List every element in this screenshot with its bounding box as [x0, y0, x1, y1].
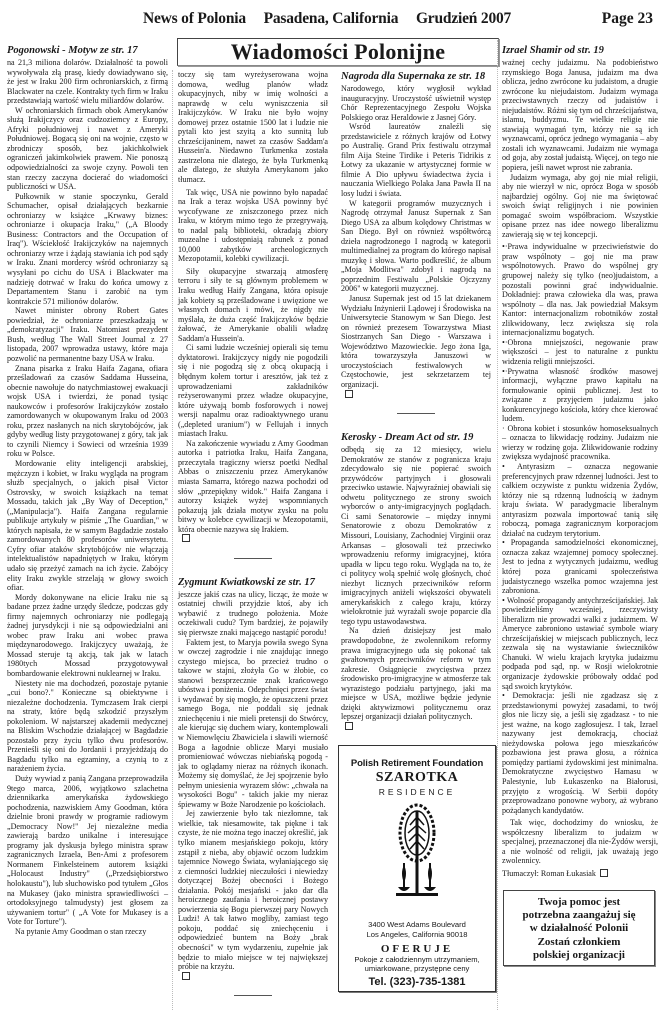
- bullet-item: •·Prawa indywidualne w przeciwieństwie d…: [502, 242, 658, 337]
- issue-date: Grudzień 2007: [416, 10, 511, 27]
- paragraph: Tak więc, USA nie powinno było napadać n…: [178, 188, 328, 264]
- paragraph: Wsród laureatów znaleźli się przedstawic…: [341, 122, 491, 198]
- paragraph: Ci sami ludzie wcześniej opierali się te…: [178, 343, 328, 438]
- paragraph: Znana pisarka z Iraku Haifa Zagana, ofia…: [7, 364, 168, 459]
- paragraph: toczy się tam wyreżyserowana wojna domow…: [178, 70, 328, 185]
- article-pogonowski: Pogonowski - Motyw ze str. 17 na 21,3 mi…: [7, 44, 168, 936]
- end-mark-icon: [600, 869, 608, 877]
- end-mark-icon: [182, 972, 190, 980]
- paragraph: W ochroniarskich firmach obok Amerykanów…: [7, 106, 168, 192]
- ad-offer-heading: OFERUJE: [339, 943, 495, 955]
- article-shamir: Izrael Shamir od str. 19 ważnej cechy ju…: [502, 44, 658, 878]
- paragraph: W kategorii programów muzycznych i Nagro…: [341, 199, 491, 294]
- article-kicker: Nagroda dla Supernaka ze str. 18: [341, 70, 491, 83]
- bullet-item: • Wolność propagandy antychrześcijańskie…: [502, 596, 658, 691]
- address-line: 3400 West Adams Boulevard: [339, 920, 495, 930]
- end-mark-icon: [345, 390, 353, 398]
- promo-line: Twoja pomoc jest: [504, 896, 654, 909]
- article-separator: [234, 558, 272, 559]
- masthead-info: News of Polonia Pasadena, California Gru…: [143, 10, 525, 28]
- address-line: Los Angeles, California 90018: [339, 930, 495, 940]
- ad-phone: Tel. (323)-735-1381: [339, 976, 495, 988]
- article-kicker: Pogonowski - Motyw ze str. 17: [7, 44, 168, 57]
- paragraph: Judaizm wymaga, aby goj nie miał religii…: [502, 173, 658, 240]
- offer-line: umiarkowane, przystępne ceny: [339, 964, 495, 973]
- paragraph: Janusz Supernak jest od 15 lat dziekanem…: [341, 294, 491, 389]
- paragraph: Narodowego, który wygłosił wykład inaugu…: [341, 84, 491, 122]
- ad-subtitle: RESIDENCE: [339, 787, 495, 797]
- paragraph: Mordowanie elity inteligencji arabskiej,…: [7, 459, 168, 593]
- paragraph: na 21,3 miliona dolarów. Działalność ta …: [7, 58, 168, 106]
- publication-location: Pasadena, California: [264, 10, 399, 27]
- bullet-item: •·Prywatna własność środków masowej info…: [502, 367, 658, 424]
- promo-line: Zostań członkiem: [504, 936, 654, 949]
- publication-name: News of Polonia: [143, 10, 246, 27]
- article-continuation-iraq: toczy się tam wyreżyserowana wojna domow…: [178, 70, 328, 1013]
- paragraph: Jej zawierzenie było tak niezłomne, tak …: [178, 809, 328, 971]
- article-supernak: Nagroda dla Supernaka ze str. 18 Narodow…: [341, 70, 491, 763]
- paragraph: Faktem jest, to Maryja powiła swego Syna…: [178, 638, 328, 810]
- ad-offer-description: Pokoje z całodziennym utrzymaniem, umiar…: [339, 955, 495, 974]
- bullet-item: · Obrona kobiet i stosunków homoseksualn…: [502, 424, 658, 462]
- ad-organization: Polish Retirement Foundation: [339, 758, 495, 769]
- paragraph: Siły okupacyjne stwarzają atmosferę terr…: [178, 267, 328, 343]
- bullet-item: • Demokracja: jeśli nie zgadzasz się z p…: [502, 691, 658, 815]
- page-number: Page 23: [602, 10, 653, 28]
- end-mark-icon: [345, 722, 353, 730]
- translator-credit: Tłumaczył: Roman Łukasiak: [502, 869, 658, 879]
- article-separator: [397, 413, 435, 414]
- offer-line: Pokoje z całodziennym utrzymaniem,: [339, 955, 495, 964]
- section-title: Wiadomości Polonijne: [178, 39, 498, 65]
- szarotka-advertisement: Polish Retirement Foundation SZAROTKA RE…: [338, 745, 496, 992]
- ad-address: 3400 West Adams Boulevard Los Angeles, C…: [339, 920, 495, 939]
- column-divider: [172, 70, 173, 1010]
- column-divider: [497, 40, 498, 1010]
- paragraph: Na dzień dzisiejszy jest mało prawdopodo…: [341, 626, 491, 721]
- section-title-box: Wiadomości Polonijne: [177, 38, 499, 66]
- paragraph: odbędą się za 12 miesięcy, wielu Demokra…: [341, 445, 491, 626]
- paragraph: Na pytanie Amy Goodman o stan rzeczy: [7, 927, 168, 937]
- membership-promo-box: Twoja pomoc jest potrzebna zaangażuj się…: [503, 890, 655, 966]
- paragraph: jeszcze jakiś czas na ulicy, licząc, że …: [178, 590, 328, 638]
- article-kicker: Zygmunt Kwiatkowski ze str. 17: [178, 576, 328, 589]
- bullet-item: • Antyrasizm – oznacza negowanie prefere…: [502, 462, 658, 538]
- paragraph: ważnej cechy judaizmu. Na podobieństwo r…: [502, 58, 658, 173]
- promo-line: potrzebna zaangażuj się: [504, 909, 654, 922]
- promo-line: polskiej organizacji: [504, 949, 654, 962]
- paragraph: Tak więc, dochodzimy do wniosku, że wspó…: [502, 818, 658, 866]
- bullet-item: •·Obrona mniejszości, negowanie praw wię…: [502, 338, 658, 367]
- ad-name: SZAROTKA: [339, 770, 495, 786]
- paragraph: Duży wywiad z panią Zangana przeprowadzi…: [7, 774, 168, 927]
- paragraph: Niestety nie ma dochodzeń, pozostaje pyt…: [7, 679, 168, 774]
- article-separator: [234, 995, 272, 996]
- masthead: News of Polonia Pasadena, California Gru…: [0, 10, 663, 28]
- promo-line: w działalność Polonii: [504, 922, 654, 935]
- paragraph: Nawet minister obrony Robert Gates powie…: [7, 306, 168, 363]
- translator-name: Tłumaczył: Roman Łukasiak: [502, 869, 596, 878]
- paragraph: Pułkownik w stanie spoczynku, Gerald Sch…: [7, 192, 168, 307]
- article-kicker: Kerosky - Dream Act od str. 19: [341, 431, 491, 444]
- paragraph: Mordy dokonywane na elicie Iraku nie są …: [7, 593, 168, 679]
- paragraph: Na zakończenie wywiadu z Amy Goodman aut…: [178, 439, 328, 534]
- article-kicker: Izrael Shamir od str. 19: [502, 44, 658, 57]
- bullet-item: • Propaganda samodzielności ekonomicznej…: [502, 538, 658, 595]
- end-mark-icon: [182, 534, 190, 542]
- folk-tree-icon: [392, 803, 442, 898]
